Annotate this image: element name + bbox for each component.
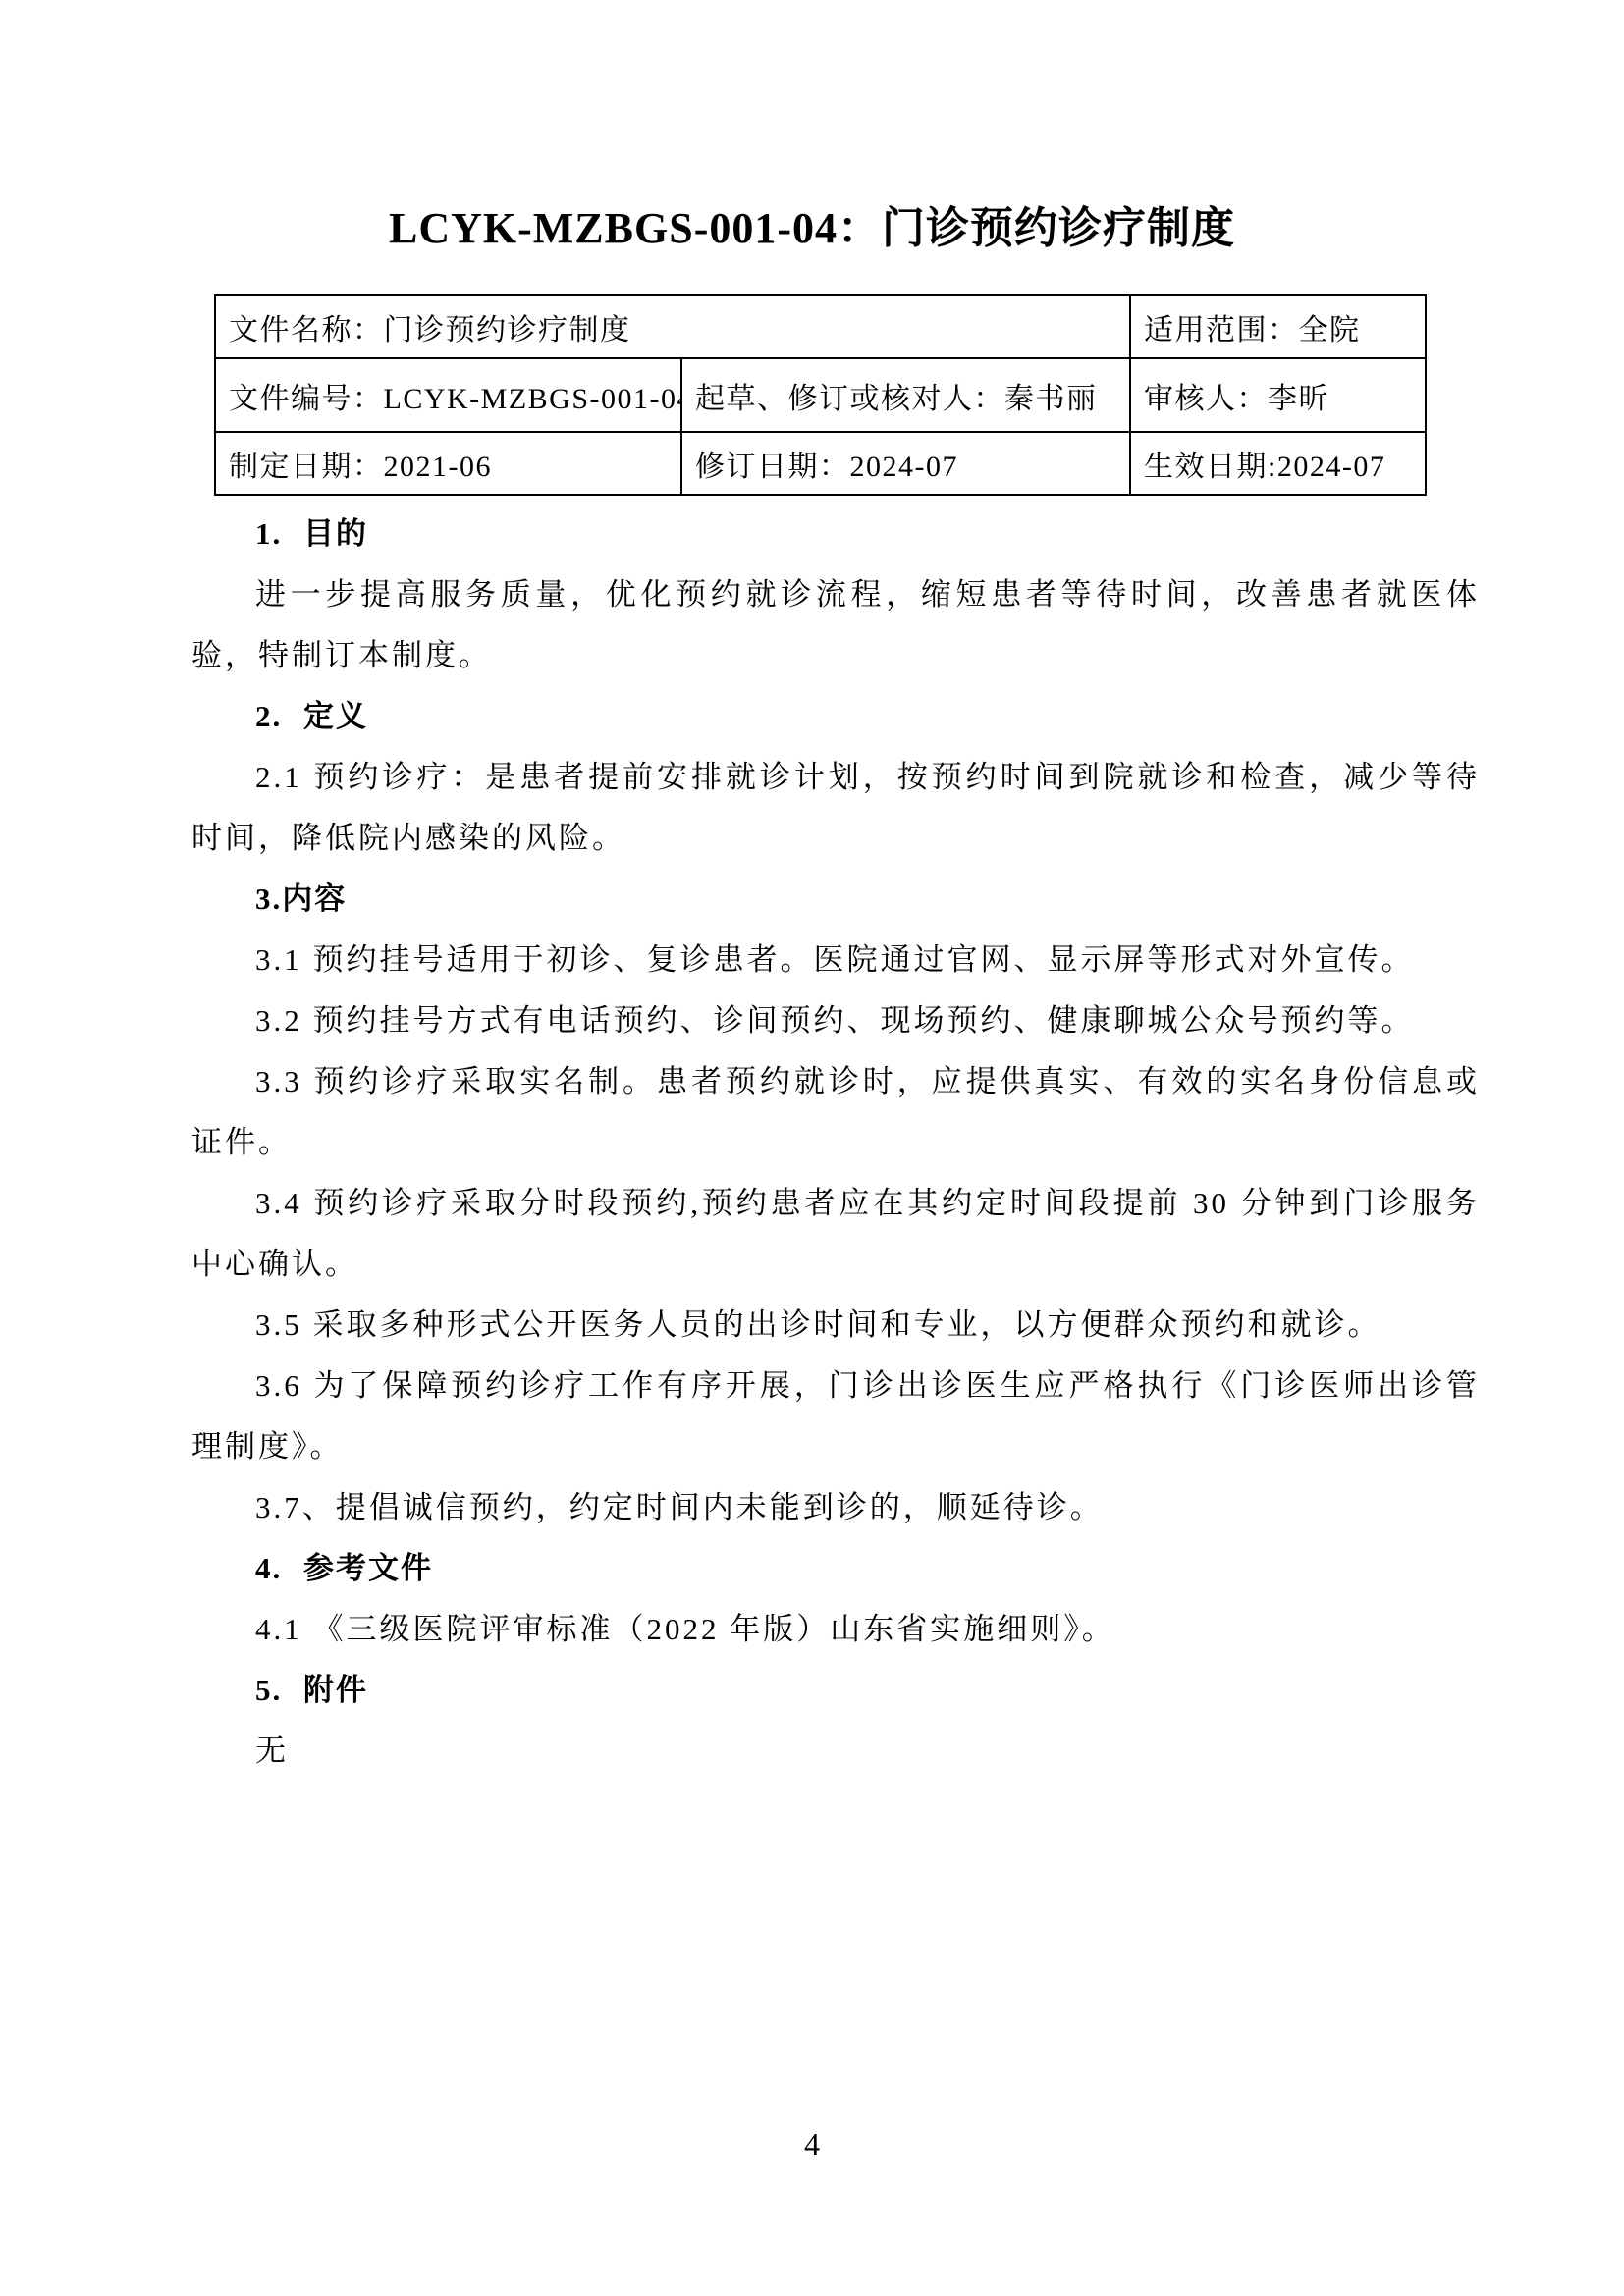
section-2-heading: 2. 定义 [191, 686, 1480, 747]
info-table: 文件名称：门诊预约诊疗制度 适用范围：全院 文件编号：LCYK-MZBGS-00… [214, 294, 1427, 496]
section-3-paragraph-5: 3.5 采取多种形式公开医务人员的出诊时间和专业，以方便群众预约和就诊。 [191, 1295, 1480, 1356]
document-page: LCYK-MZBGS-001-04：门诊预约诊疗制度 文件名称：门诊预约诊疗制度… [0, 0, 1624, 2296]
document-title: LCYK-MZBGS-001-04：门诊预约诊疗制度 [168, 192, 1456, 255]
info-cell-file-name: 文件名称：门诊预约诊疗制度 [215, 295, 1130, 358]
section-3-paragraph-7: 3.7、提倡诚信预约，约定时间内未能到诊的，顺延待诊。 [191, 1477, 1480, 1538]
info-cell-scope: 适用范围：全院 [1130, 295, 1426, 358]
section-5-paragraph: 无 [191, 1721, 1480, 1782]
section-4-heading: 4. 参考文件 [191, 1538, 1480, 1599]
section-1-heading: 1. 目的 [191, 504, 1480, 564]
info-cell-reviewer: 审核人：李昕 [1130, 358, 1426, 432]
page-number: 4 [0, 2126, 1624, 2163]
info-cell-created-date: 制定日期：2021-06 [215, 432, 681, 495]
table-row: 文件编号：LCYK-MZBGS-001-04 起草、修订或核对人：秦书丽 审核人… [215, 358, 1426, 432]
section-3-paragraph-3: 3.3 预约诊疗采取实名制。患者预约就诊时，应提供真实、有效的实名身份信息或证件… [191, 1051, 1480, 1173]
section-3-paragraph-1: 3.1 预约挂号适用于初诊、复诊患者。医院通过官网、显示屏等形式对外宣传。 [191, 930, 1480, 990]
section-5-heading: 5. 附件 [191, 1660, 1480, 1721]
section-3-heading: 3.内容 [191, 869, 1480, 930]
info-cell-file-number: 文件编号：LCYK-MZBGS-001-04 [215, 358, 681, 432]
document-body: 1. 目的 进一步提高服务质量，优化预约就诊流程，缩短患者等待时间，改善患者就医… [191, 504, 1480, 1782]
info-cell-revised-date: 修订日期：2024-07 [681, 432, 1130, 495]
table-row: 文件名称：门诊预约诊疗制度 适用范围：全院 [215, 295, 1426, 358]
section-3-paragraph-4: 3.4 预约诊疗采取分时段预约,预约患者应在其约定时间段提前 30 分钟到门诊服… [191, 1173, 1480, 1295]
info-cell-drafter: 起草、修订或核对人：秦书丽 [681, 358, 1130, 432]
section-2-paragraph: 2.1 预约诊疗：是患者提前安排就诊计划，按预约时间到院就诊和检查，减少等待时间… [191, 747, 1480, 869]
section-4-paragraph: 4.1 《三级医院评审标准（2022 年版）山东省实施细则》。 [191, 1599, 1480, 1660]
info-cell-effective-date: 生效日期:2024-07 [1130, 432, 1426, 495]
section-3-paragraph-6: 3.6 为了保障预约诊疗工作有序开展，门诊出诊医生应严格执行《门诊医师出诊管理制… [191, 1356, 1480, 1477]
section-1-paragraph: 进一步提高服务质量，优化预约就诊流程，缩短患者等待时间，改善患者就医体验，特制订… [191, 564, 1480, 686]
table-row: 制定日期：2021-06 修订日期：2024-07 生效日期:2024-07 [215, 432, 1426, 495]
section-3-paragraph-2: 3.2 预约挂号方式有电话预约、诊间预约、现场预约、健康聊城公众号预约等。 [191, 990, 1480, 1051]
